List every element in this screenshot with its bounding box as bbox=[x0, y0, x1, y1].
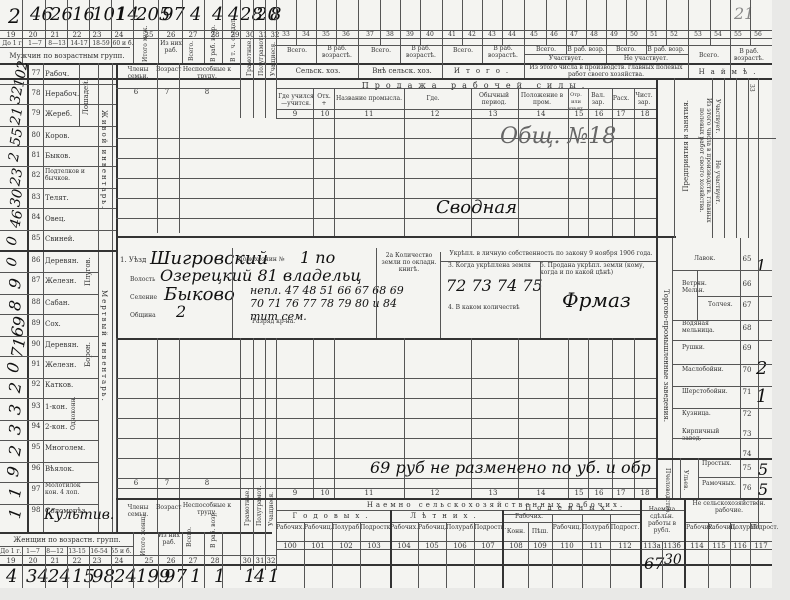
printed-label: Простых. bbox=[702, 460, 726, 467]
census-card: 2 46 26 16 101 14 205 97 4 4 4 28 20 8 2… bbox=[0, 0, 772, 588]
grid-line bbox=[22, 546, 23, 588]
grid-line bbox=[116, 198, 656, 199]
printed-label: Из них раб. bbox=[158, 532, 180, 546]
grid-line bbox=[612, 88, 613, 236]
grid-line bbox=[0, 294, 98, 295]
grid-line bbox=[0, 146, 116, 147]
column-number: 13 bbox=[486, 489, 500, 497]
column-number: 19 bbox=[4, 31, 18, 39]
grid-line bbox=[684, 498, 686, 588]
grid-line bbox=[182, 0, 183, 63]
grid-line bbox=[697, 296, 772, 297]
printed-label: Катков. bbox=[45, 381, 73, 389]
grid-line bbox=[0, 208, 116, 209]
handwritten-value: 55 bbox=[7, 127, 26, 147]
column-number: 16 bbox=[592, 489, 606, 497]
printed-label: Чист. зар. bbox=[632, 92, 656, 106]
grid-line bbox=[380, 0, 381, 46]
printed-label: Отх. + bbox=[316, 93, 332, 107]
printed-label: Полуграмот. bbox=[258, 42, 265, 76]
column-number: 27 bbox=[186, 31, 200, 39]
trade-establishments-label: Торгово-промышленные заведения. bbox=[662, 256, 670, 456]
grid-line bbox=[0, 420, 98, 421]
grid-line bbox=[634, 88, 635, 236]
printed-label: 37 bbox=[362, 31, 378, 38]
printed-label: 1—7 bbox=[24, 40, 46, 47]
printed-label: Пѣш. bbox=[528, 528, 552, 535]
handwritten-value: 69 bbox=[7, 315, 29, 338]
grid-line bbox=[45, 546, 46, 588]
printed-label: Коров. bbox=[45, 132, 70, 140]
column-number: 17 bbox=[614, 489, 628, 497]
column-number: 22 bbox=[70, 31, 84, 39]
printed-label: Рабочих. bbox=[686, 524, 708, 531]
sold-value: Фрмаз bbox=[562, 288, 631, 312]
handwritten-value: 5 bbox=[758, 480, 768, 499]
dead-inventory-section: 0 85 Свиней. 0 86 Деревян. 9 87 Железн. … bbox=[0, 230, 116, 530]
column-number: 23 bbox=[90, 31, 104, 39]
column-number: 12 bbox=[428, 489, 442, 497]
grid-line bbox=[698, 477, 772, 478]
handwritten-value: 2 bbox=[756, 358, 767, 379]
grid-line bbox=[646, 0, 647, 54]
grid-line bbox=[540, 262, 541, 338]
grid-line bbox=[626, 0, 627, 46]
printed-label: Подрост. bbox=[750, 524, 772, 531]
grid-line bbox=[672, 408, 772, 409]
enterprises-label: Предприятия и занятия. bbox=[682, 100, 690, 192]
printed-label: 41 bbox=[444, 31, 460, 38]
grid-line bbox=[157, 63, 158, 233]
printed-label: Возраст bbox=[156, 504, 178, 511]
obshchina-value: 2 bbox=[176, 302, 186, 321]
printed-label: Рамочных. bbox=[702, 480, 726, 487]
grid-line bbox=[276, 118, 656, 119]
printed-label: Полураб. bbox=[582, 524, 610, 531]
printed-label: Пчеловодство. bbox=[664, 468, 671, 492]
grid-line bbox=[276, 549, 772, 550]
printed-label: Неспособные к труду. bbox=[178, 66, 236, 80]
printed-label: 14-17 bbox=[68, 40, 90, 47]
printed-label: Рабоч. bbox=[45, 70, 69, 78]
grid-line bbox=[253, 0, 254, 118]
printed-label: 45 bbox=[526, 31, 542, 38]
printed-label: Грамотные. bbox=[244, 496, 251, 526]
grid-line bbox=[116, 378, 656, 379]
printed-label: Неспособные к труду. bbox=[178, 502, 236, 516]
grid-line bbox=[736, 78, 737, 238]
column-number: 82 bbox=[30, 171, 42, 179]
grid-line bbox=[400, 0, 401, 63]
printed-label: 36 bbox=[338, 31, 354, 38]
column-number: 6 bbox=[126, 479, 146, 487]
grid-line bbox=[133, 532, 134, 588]
column-number: 76 bbox=[742, 484, 752, 492]
grid-line bbox=[440, 261, 656, 262]
printed-label: Всего. bbox=[444, 47, 482, 54]
column-number: 17 bbox=[614, 110, 628, 118]
column-number: 80 bbox=[30, 131, 42, 139]
printed-label: В раб. возр. bbox=[646, 46, 686, 53]
grid-line bbox=[0, 482, 98, 483]
handwritten-value: 2 bbox=[5, 444, 25, 457]
hw-value: 4 bbox=[190, 4, 201, 25]
column-number: 75 bbox=[742, 464, 752, 472]
printed-label: 56 bbox=[750, 31, 766, 38]
grid-line bbox=[111, 546, 112, 588]
handwritten-value: 9 bbox=[3, 465, 23, 478]
grid-line bbox=[89, 0, 90, 47]
printed-label: Не сельскохозяйствен. рабочие. bbox=[686, 500, 772, 514]
volost-value: Озерецкий 81 владельц bbox=[160, 266, 362, 285]
column-number: 95 bbox=[30, 443, 42, 451]
printed-label: Молотилок кон. 4 лоп. bbox=[45, 482, 93, 496]
column-number: 73 bbox=[742, 430, 752, 438]
printed-label: 4. В каком количествѣ bbox=[448, 304, 520, 311]
grid-line bbox=[672, 340, 772, 341]
grid-line bbox=[440, 252, 441, 338]
grid-line bbox=[588, 88, 589, 236]
printed-label: Рабочиц. bbox=[304, 524, 332, 531]
grid-line bbox=[672, 364, 772, 365]
printed-label: 48 bbox=[586, 31, 602, 38]
printed-label: Толчея. bbox=[708, 301, 733, 308]
grid-line bbox=[67, 0, 68, 47]
grid-line bbox=[0, 356, 98, 357]
grid-line bbox=[222, 0, 223, 63]
printed-label: Многолем. bbox=[45, 444, 85, 452]
printed-label: Название промысла. bbox=[334, 95, 404, 102]
hw-value: 26 bbox=[50, 4, 73, 25]
printed-label: 34 bbox=[298, 31, 314, 38]
grid-line bbox=[672, 270, 772, 271]
printed-label: 33 bbox=[278, 31, 294, 38]
grid-line bbox=[610, 514, 611, 588]
printed-label: В раб. возр. bbox=[566, 46, 606, 53]
grid-line bbox=[116, 158, 656, 159]
printed-label: 43 bbox=[484, 31, 500, 38]
printed-label: Учащиеся. bbox=[268, 496, 275, 526]
grid-line bbox=[116, 418, 656, 419]
grid-line bbox=[686, 522, 772, 523]
printed-label: 42 bbox=[464, 31, 480, 38]
column-number: 12 bbox=[428, 110, 442, 118]
handwritten-value: 4 bbox=[254, 566, 265, 587]
handwritten-value: 0 bbox=[4, 256, 21, 268]
printed-label: 33 bbox=[748, 84, 755, 92]
column-number: 97 bbox=[30, 485, 42, 493]
grid-line bbox=[116, 398, 656, 399]
handwritten-value: 1 bbox=[756, 256, 766, 275]
grid-line bbox=[546, 0, 547, 46]
handwritten-value: 1 bbox=[5, 507, 25, 520]
column-number: 72 bbox=[742, 410, 752, 418]
printed-label: Железн. bbox=[45, 277, 76, 285]
column-number: 18 bbox=[638, 489, 652, 497]
column-number: 81 bbox=[30, 151, 42, 159]
column-number: 7 bbox=[160, 479, 174, 487]
printed-label: В т. ч. солдат. bbox=[230, 40, 237, 62]
printed-label: Обычный период. bbox=[472, 92, 516, 106]
printed-label: 51 bbox=[646, 31, 662, 38]
column-number: 30 bbox=[243, 31, 257, 39]
column-number: 92 bbox=[30, 380, 42, 388]
printed-label: До 1 г. bbox=[0, 548, 22, 555]
printed-label: Годовых. bbox=[276, 512, 390, 520]
grid-line bbox=[116, 88, 240, 89]
grid-line bbox=[418, 522, 419, 588]
handwritten-value: 9 bbox=[5, 277, 25, 290]
printed-label: Возраст bbox=[156, 66, 178, 73]
handwritten-value: 30 bbox=[7, 188, 26, 208]
printed-label: Рабочих. bbox=[390, 524, 418, 531]
grid-line bbox=[0, 188, 116, 189]
printed-label: 35 bbox=[318, 31, 334, 38]
grid-line bbox=[116, 236, 676, 238]
printed-label: Вал. зар. bbox=[588, 92, 608, 106]
column-number: 20 bbox=[26, 31, 40, 39]
handwritten-value: 1 bbox=[5, 486, 25, 499]
grid-line bbox=[158, 0, 159, 63]
grid-line bbox=[518, 88, 519, 236]
column-number: 71 bbox=[742, 388, 752, 396]
printed-label: Община bbox=[130, 312, 156, 319]
grid-line bbox=[390, 510, 392, 588]
grid-line bbox=[0, 462, 98, 463]
grid-line bbox=[116, 178, 656, 179]
printed-label: В раб. возрастѣ. bbox=[730, 48, 768, 62]
printed-label: Полураб. bbox=[730, 524, 750, 531]
grid-line bbox=[276, 522, 640, 523]
printed-label: В раб. возр. bbox=[210, 40, 217, 62]
grid-line bbox=[482, 0, 483, 63]
printed-label: Женщин по возрастн. групп. bbox=[4, 536, 130, 544]
grid-line bbox=[0, 272, 98, 273]
handwritten-value: 8 bbox=[5, 299, 25, 312]
column-number: 91 bbox=[30, 360, 42, 368]
printed-label: Всего. bbox=[690, 52, 728, 59]
grid-line bbox=[0, 398, 98, 399]
grid-line bbox=[724, 78, 725, 238]
column-number: 89 bbox=[30, 319, 42, 327]
printed-label: Полураб. bbox=[332, 524, 360, 531]
printed-label: Подростк. bbox=[474, 524, 502, 531]
handwritten-value: 0 bbox=[3, 361, 23, 374]
printed-label: Шерстобойни. bbox=[682, 388, 728, 395]
grid-line bbox=[179, 63, 180, 233]
column-number: 14 bbox=[534, 489, 548, 497]
printed-label: 53 bbox=[690, 31, 706, 38]
grid-line bbox=[240, 0, 241, 118]
grid-line bbox=[0, 47, 130, 48]
printed-label: Подростк. bbox=[360, 524, 388, 531]
grid-line bbox=[710, 0, 711, 46]
printed-label: Селение bbox=[130, 294, 157, 301]
grid-line bbox=[666, 0, 667, 46]
grid-line bbox=[698, 458, 699, 498]
printed-label: Ветрян. Мельн. bbox=[682, 280, 728, 294]
printed-label: Железн. bbox=[45, 361, 76, 369]
printed-label: 5. Продана укрѣпл. земли (кому, когда и … bbox=[540, 262, 652, 276]
printed-label: Волость bbox=[130, 276, 155, 283]
column-number: 70 bbox=[742, 366, 752, 374]
grid-line bbox=[672, 386, 772, 387]
printed-label: Полураб. bbox=[446, 524, 474, 531]
column-number: 9 bbox=[288, 110, 302, 118]
column-number: 24 bbox=[112, 31, 126, 39]
handwritten-value: 0 bbox=[4, 235, 21, 247]
grid-line bbox=[586, 0, 587, 46]
card-number-handwritten: Общ. №18 bbox=[500, 124, 616, 149]
participation-caption: Из этого числа в производств. главных по… bbox=[528, 64, 684, 78]
printed-label: Вѣялок. bbox=[45, 465, 74, 473]
printed-label: Укрѣпл. в личную собственность по закону… bbox=[446, 250, 656, 257]
grid-line bbox=[276, 510, 684, 511]
women-age-table: Женщин по возрастн. групп. До 1 г. 1—7 8… bbox=[0, 532, 276, 588]
grid-line bbox=[79, 63, 80, 127]
grid-line bbox=[442, 0, 443, 78]
grid-line bbox=[672, 320, 772, 321]
printed-label: 2-кон. bbox=[45, 423, 67, 431]
grid-line bbox=[640, 498, 642, 588]
grid-line bbox=[474, 522, 475, 588]
printed-label: Подрост. bbox=[610, 524, 640, 531]
printed-label: Подтелков и бычков. bbox=[45, 168, 97, 182]
grid-line bbox=[89, 546, 90, 588]
grid-line bbox=[524, 0, 525, 78]
grid-line bbox=[111, 0, 112, 47]
printed-label: Конн. bbox=[504, 528, 528, 535]
grid-line bbox=[674, 78, 675, 238]
dead-inventory-section-label: Мертвый инвентарь. bbox=[100, 290, 108, 403]
grid-line bbox=[730, 0, 731, 78]
sale-labor-lower-col-numbers: 9 10 11 12 13 14 15 16 17 18 bbox=[276, 489, 656, 497]
handwritten-value: 1 bbox=[756, 386, 767, 407]
column-number: 6 bbox=[126, 88, 146, 96]
printed-label: Маслобойни. bbox=[682, 366, 724, 373]
printed-label: Рабочиц. bbox=[418, 524, 446, 531]
grid-line bbox=[204, 532, 205, 588]
bottom-handwritten-note: 69 руб не разменено по уб. и обр bbox=[370, 458, 651, 477]
printed-label: Разряд кр-на. bbox=[252, 318, 295, 325]
printed-label: Нерабоч. bbox=[45, 90, 79, 98]
column-number: 87 bbox=[30, 276, 42, 284]
grid-line bbox=[276, 541, 772, 542]
printed-label: Рабочиц. bbox=[708, 524, 730, 531]
column-number: 8 bbox=[200, 479, 214, 487]
printed-label: Сабан. bbox=[45, 299, 70, 307]
grid-line bbox=[0, 336, 98, 337]
handwritten-value: 21 bbox=[7, 106, 26, 126]
grid-line bbox=[528, 522, 529, 588]
printed-label: 13-15 bbox=[66, 548, 88, 555]
grid-line bbox=[672, 438, 772, 439]
grid-line bbox=[376, 248, 377, 338]
printed-label: Положение в пром. bbox=[520, 92, 564, 106]
grid-line bbox=[0, 440, 98, 441]
grid-line bbox=[0, 314, 98, 315]
grid-line bbox=[582, 514, 583, 588]
grid-line bbox=[404, 88, 405, 236]
column-number: 74 bbox=[742, 450, 752, 458]
handwritten-value: 2 bbox=[6, 151, 23, 163]
participation-col-numbers: 33 bbox=[748, 80, 758, 240]
printed-label: 2а Количество земли по окладн. книгѣ. bbox=[380, 252, 438, 273]
printed-label: 1. Уѣзд bbox=[120, 256, 146, 264]
hired-labor-section: Наемно сельскохозяйственных рабочих. Год… bbox=[276, 498, 772, 588]
printed-label: Сох. bbox=[45, 320, 61, 328]
printed-label: Члены семьи. bbox=[120, 66, 156, 80]
grid-line bbox=[316, 0, 317, 63]
printed-label: 46 bbox=[546, 31, 562, 38]
printed-label: Всего. bbox=[186, 526, 193, 548]
handwritten-value: 1 bbox=[214, 566, 225, 587]
grid-line bbox=[313, 88, 314, 236]
column-number: 8 bbox=[200, 88, 214, 96]
grid-line bbox=[67, 546, 68, 588]
printed-label: В раб. возрастѣ. bbox=[318, 45, 356, 59]
printed-label: Рабочиц. bbox=[552, 524, 582, 531]
printed-label: 38 bbox=[382, 31, 398, 38]
grid-line bbox=[222, 532, 223, 588]
handwritten-value: 4 bbox=[6, 566, 17, 587]
grid-line bbox=[304, 522, 305, 588]
printed-label: До 1 г. bbox=[2, 40, 24, 47]
total-caption: Итого. bbox=[444, 67, 524, 75]
grid-line bbox=[360, 522, 361, 588]
printed-label: В раб. возрастѣ. bbox=[402, 45, 440, 59]
printed-label: Участвует. bbox=[526, 55, 606, 62]
printed-label: Быков. bbox=[45, 152, 70, 160]
column-number: 15 bbox=[572, 489, 586, 497]
printed-label: Рабочих. bbox=[276, 524, 304, 531]
grid-line bbox=[502, 0, 503, 46]
printed-label: Домохозяин № bbox=[238, 256, 284, 263]
printed-label: 44 bbox=[504, 31, 520, 38]
column-number: 16 bbox=[592, 110, 606, 118]
column-number: 79 bbox=[30, 109, 42, 117]
column-number: 98 bbox=[30, 506, 42, 514]
printed-label: Не участвует. bbox=[606, 55, 686, 62]
printed-label: 8—12 bbox=[44, 548, 66, 555]
grid-line bbox=[680, 458, 681, 498]
printed-label: 50 bbox=[626, 31, 642, 38]
column-number: 13 bbox=[486, 110, 500, 118]
printed-label: Жереб. bbox=[45, 110, 72, 118]
printed-label: Где учился—учится. bbox=[278, 93, 314, 107]
printed-label: Водяная мельница. bbox=[682, 320, 722, 334]
column-number: 77 bbox=[30, 69, 42, 77]
column-number: 7 bbox=[160, 88, 174, 96]
nonagri-caption: Внѣ сельск. хоз. bbox=[362, 67, 442, 75]
column-number: 94 bbox=[30, 422, 42, 430]
printed-label: 3. Когда укрѣплена земля bbox=[448, 262, 531, 269]
printed-label: Кузница. bbox=[682, 410, 711, 417]
printed-label: 16-54 bbox=[88, 548, 110, 555]
printed-label: Участвует. bbox=[714, 96, 721, 136]
printed-label: 55 bbox=[730, 31, 746, 38]
grid-line bbox=[524, 54, 688, 55]
printed-label: Всего. bbox=[278, 47, 316, 54]
column-number: 78 bbox=[30, 89, 42, 97]
printed-label: 49 bbox=[606, 31, 622, 38]
printed-label: 18-59 bbox=[90, 40, 112, 47]
printed-label: Члены семьи. bbox=[120, 504, 156, 518]
agri-caption: Сельск. хоз. bbox=[278, 67, 358, 75]
grid-line bbox=[750, 522, 751, 588]
column-number: 85 bbox=[30, 234, 42, 242]
printed-label: 40 bbox=[422, 31, 438, 38]
